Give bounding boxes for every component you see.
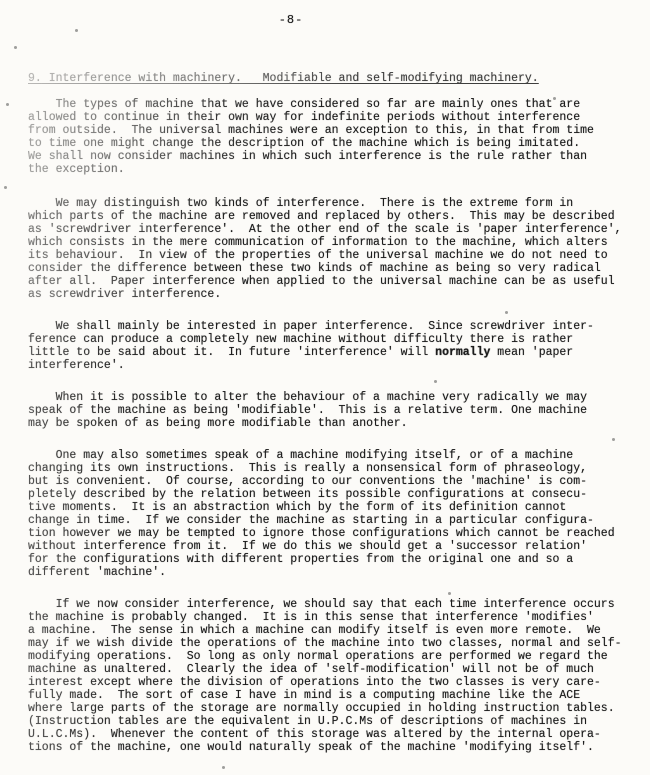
section-number: 9. (28, 72, 42, 85)
text-line: We shall mainly be interested in paper i… (28, 320, 638, 333)
text-line: changing its own instructions. This is r… (28, 462, 638, 475)
text-line: We shall now consider machines in which … (28, 150, 638, 163)
scan-speck (553, 97, 556, 100)
text-line: interference'. (28, 359, 638, 372)
scan-speck (4, 186, 7, 189)
text-line: speak of the machine as being 'modifiabl… (28, 404, 638, 417)
text-line: may be spoken of as being more modifiabl… (28, 417, 638, 430)
scan-speck (434, 380, 437, 383)
text-line: after all. Paper interference when appli… (28, 275, 638, 288)
paragraph: If we now consider interference, we shou… (28, 598, 638, 754)
text-line: change in time. If we consider the machi… (28, 514, 638, 527)
scan-speck (14, 46, 17, 49)
text-line: tion however we may be tempted to ignore… (28, 527, 638, 540)
scan-speck (448, 592, 451, 595)
text-line: but is convenient. Of course, according … (28, 475, 638, 488)
text-line: tive moments. It is an abstraction which… (28, 501, 638, 514)
text-line: which consists in the mere communication… (28, 236, 638, 249)
scanned-document-page: -8- 9. Interference with machinery. Modi… (0, 0, 650, 775)
paragraph: We shall mainly be interested in paper i… (28, 320, 638, 372)
paragraph: One may also sometimes speak of a machin… (28, 449, 638, 579)
text-line: for the configurations with different pr… (28, 553, 638, 566)
text-line: its behaviour. In view of the properties… (28, 249, 638, 262)
text-line: ference can produce a completely new mac… (28, 333, 638, 346)
text-line: the machine is probably changed. It is i… (28, 611, 638, 624)
text-line: which parts of the machine are removed a… (28, 210, 638, 223)
text-line: fully made. The sort of case I have in m… (28, 689, 638, 702)
document-body: 9. Interference with machinery. Modifiab… (28, 72, 638, 754)
paragraph: When it is possible to alter the behavio… (28, 391, 638, 430)
paragraphs-container: The types of machine that we have consid… (28, 98, 638, 754)
text-line: as 'screwdriver interference'. At the ot… (28, 223, 638, 236)
section-title: Interference with machinery. Modifiable … (42, 72, 539, 85)
text-line: different 'machine'. (28, 566, 638, 579)
text-segment: mean 'paper (490, 346, 573, 359)
text-line: If we now consider interference, we shou… (28, 598, 638, 611)
text-line: One may also sometimes speak of a machin… (28, 449, 638, 462)
scan-speck (222, 766, 225, 769)
text-line: a machine. The sense in which a machine … (28, 624, 638, 637)
text-line: modifying operations. So long as only no… (28, 650, 638, 663)
text-line: When it is possible to alter the behavio… (28, 391, 638, 404)
text-line: where large parts of the storage are nor… (28, 702, 638, 715)
scan-speck (612, 438, 615, 441)
text-segment: little to be said about it. In future 'i… (28, 346, 435, 359)
text-line: may if we wish divide the operations of … (28, 637, 638, 650)
text-line: U.L.C.Ms). Whenever the content of this … (28, 728, 638, 741)
text-line: interest except where the division of op… (28, 676, 638, 689)
text-line: consider the difference between these tw… (28, 262, 638, 275)
text-line: machine as unaltered. Clearly the idea o… (28, 663, 638, 676)
text-line: little to be said about it. In future 'i… (28, 346, 638, 359)
text-line: The types of machine that we have consid… (28, 98, 638, 111)
scan-speck (75, 29, 78, 32)
page-number: -8- (0, 13, 616, 27)
text-line: pletely described by the relation betwee… (28, 488, 638, 501)
paragraph: We may distinguish two kinds of interfer… (28, 197, 638, 301)
scan-speck (6, 103, 9, 106)
text-line: (Instruction tables are the equivalent i… (28, 715, 638, 728)
text-line: without interference from it. If we do t… (28, 540, 638, 553)
text-line: the exception. (28, 163, 638, 176)
paragraph: The types of machine that we have consid… (28, 98, 638, 176)
emphasized-word: normally (435, 346, 490, 359)
text-line: allowed to continue in their own way for… (28, 111, 638, 124)
scan-speck (505, 311, 508, 314)
text-line: tions of the machine, one would naturall… (28, 741, 638, 754)
text-line: from outside. The universal machines wer… (28, 124, 638, 137)
text-line: to time one might change the description… (28, 137, 638, 150)
text-line: as screwdriver interference. (28, 288, 638, 301)
section-heading: 9. Interference with machinery. Modifiab… (28, 72, 638, 85)
text-line: We may distinguish two kinds of interfer… (28, 197, 638, 210)
